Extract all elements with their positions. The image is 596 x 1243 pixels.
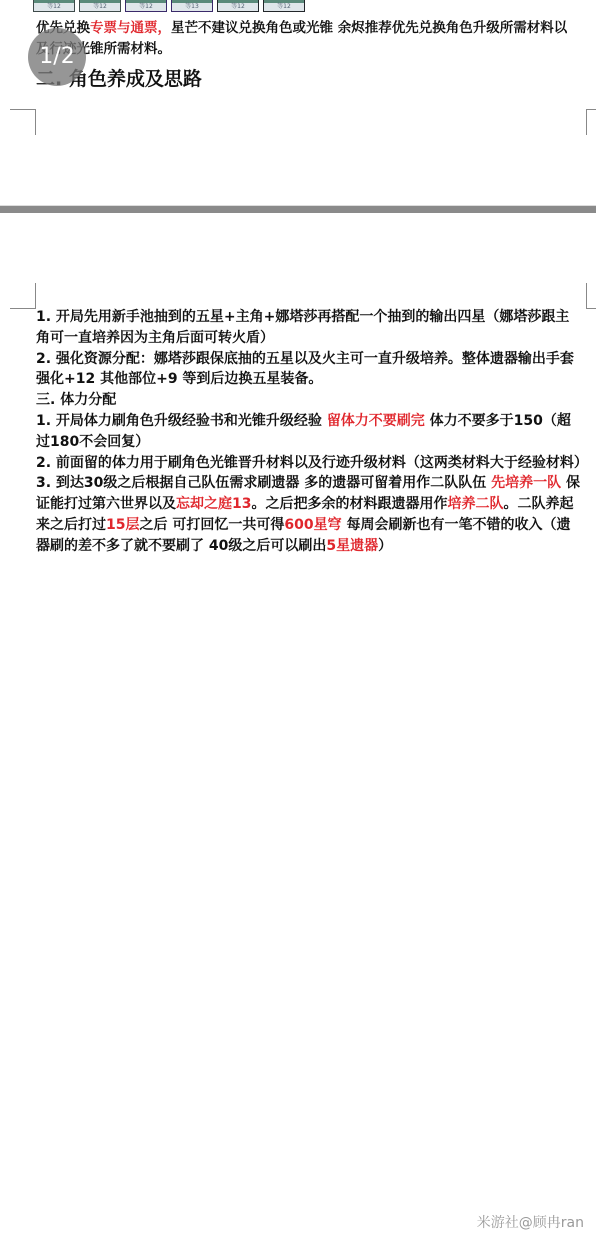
- thumbnail: 等13: [171, 0, 213, 12]
- body-text: 3. 到达30级之后根据自己队伍需求刷遗器 多的遗器可留着用作二队队伍: [36, 475, 491, 491]
- section2-item: 2. 强化资源分配：娜塔莎跟保底抽的五星以及火主可一直升级培养。整体遗器输出手套…: [36, 349, 581, 391]
- highlight-text: 留体力不要刷完: [327, 413, 425, 429]
- highlight-text: 5星遗器: [326, 538, 378, 554]
- page-indicator[interactable]: 1/2: [28, 28, 86, 86]
- body-text: 之后 可打回忆一共可得: [139, 517, 284, 533]
- section3-item: 2. 前面留的体力用于刷角色光锥晋升材料以及行迹升级材料（这两类材料大于经验材料…: [36, 453, 581, 474]
- section1-tail-paragraph: 优先兑换专票与通票，星芒不建议兑换角色或光锥 余烬推荐优先兑换角色升级所需材料以…: [36, 18, 576, 60]
- thumbnail: 等12: [33, 0, 75, 12]
- highlight-text: 先培养一队: [491, 475, 561, 491]
- thumbnail: 等12: [263, 0, 305, 12]
- body-text: 1. 开局先用新手池抽到的五星+主角+娜塔莎再搭配一个抽到的输出四星（娜塔莎跟主…: [36, 309, 569, 346]
- body-text: ）: [378, 538, 392, 554]
- section3-item: 1. 开局体力刷角色升级经验书和光锥升级经验 留体力不要刷完 体力不要多于150…: [36, 411, 581, 453]
- thumbnail: 等12: [79, 0, 121, 12]
- page2-body: 1. 开局先用新手池抽到的五星+主角+娜塔莎再搭配一个抽到的输出四星（娜塔莎跟主…: [36, 307, 581, 557]
- crop-mark-icon: [586, 283, 596, 309]
- section3-item: 3. 到达30级之后根据自己队伍需求刷遗器 多的遗器可留着用作二队队伍 先培养一…: [36, 473, 581, 556]
- thumbnail: 等12: [125, 0, 167, 12]
- body-text: 2. 强化资源分配：娜塔莎跟保底抽的五星以及火主可一直升级培养。整体遗器输出手套…: [36, 351, 574, 388]
- thumbnail: 等12: [217, 0, 259, 12]
- crop-mark-icon: [10, 109, 36, 135]
- crop-mark-icon: [586, 109, 596, 135]
- body-text: 。之后把多余的材料跟遗器用作: [251, 496, 447, 512]
- highlight-text: 忘却之庭13: [176, 496, 251, 512]
- highlight-text: 专票与通票，: [90, 20, 171, 36]
- highlight-text: 600星穹: [284, 517, 341, 533]
- crop-mark-icon: [10, 283, 36, 309]
- body-text: 1. 开局体力刷角色升级经验书和光锥升级经验: [36, 413, 327, 429]
- body-text: 2. 前面留的体力用于刷角色光锥晋升材料以及行迹升级材料（这两类材料大于经验材料…: [36, 455, 588, 471]
- highlight-text: 15层: [106, 517, 139, 533]
- watermark: 米游社@顾冉ran: [477, 1212, 584, 1232]
- image-thumbnail-strip: 等12 等12 等12 等13 等12 等12: [33, 0, 309, 12]
- page-separator: [0, 205, 596, 213]
- section2-item: 1. 开局先用新手池抽到的五星+主角+娜塔莎再搭配一个抽到的输出四星（娜塔莎跟主…: [36, 307, 581, 349]
- section3-heading: 三. 体力分配: [36, 390, 581, 411]
- highlight-text: 培养二队: [447, 496, 503, 512]
